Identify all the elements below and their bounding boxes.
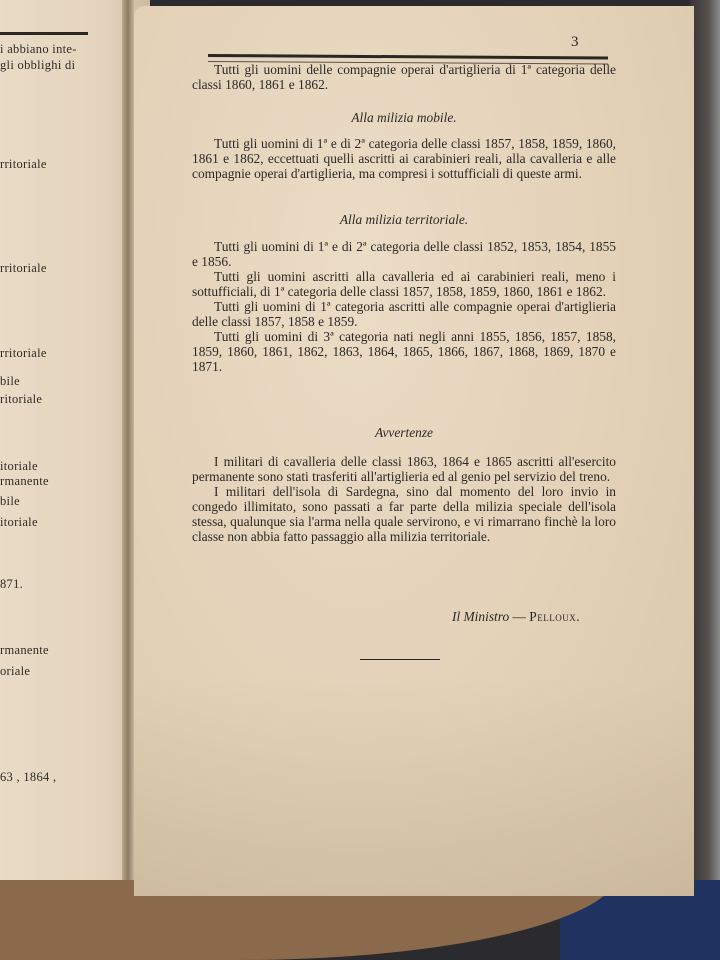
section-heading-avvertenze: Avvertenze: [192, 425, 616, 441]
page-number: 3: [571, 34, 579, 51]
paragraph: I militari dell'isola di Sardegna, sino …: [192, 484, 616, 544]
intro-paragraph-block: Tutti gli uomini delle compagnie operai …: [192, 62, 616, 92]
paragraph: Tutti gli uomini di 1ª categoria ascritt…: [192, 299, 616, 329]
signature-role: Il Ministro: [452, 609, 509, 624]
left-fragment: ritoriale: [0, 392, 42, 407]
left-fragment: rritoriale: [0, 261, 47, 276]
section-avvertenze: I militari di cavalleria delle classi 18…: [192, 454, 616, 544]
section-heading-milizia-territoriale: Alla milizia territoriale.: [192, 212, 616, 228]
paragraph: Tutti gli uomini di 3ª categoria nati ne…: [192, 329, 616, 374]
paragraph: I militari di cavalleria delle classi 18…: [192, 454, 616, 484]
left-header-rule: [0, 32, 88, 35]
intro-paragraph: Tutti gli uomini delle compagnie operai …: [192, 62, 616, 92]
signature-name: Pelloux.: [529, 609, 580, 624]
paragraph: Tutti gli uomini ascritti alla cavalleri…: [192, 269, 616, 299]
background-dark-edge: [690, 0, 720, 900]
left-fragment: i abbiano inte-: [0, 42, 77, 57]
end-rule: [360, 659, 440, 660]
left-fragment: 63 , 1864 ,: [0, 770, 56, 785]
left-fragment: bile: [0, 494, 20, 509]
left-fragment: itoriale: [0, 459, 38, 474]
left-fragment: rritoriale: [0, 157, 47, 172]
left-fragment: oriale: [0, 664, 30, 679]
section-milizia-territoriale: Tutti gli uomini di 1ª e di 2ª categoria…: [192, 239, 616, 374]
section-heading-milizia-mobile: Alla milizia mobile.: [192, 110, 616, 126]
left-fragment: rmanente: [0, 474, 49, 489]
left-fragment: 871.: [0, 577, 23, 592]
left-fragment: rritoriale: [0, 346, 47, 361]
right-page: 3 Tutti gli uomini delle compagnie opera…: [134, 6, 694, 896]
left-fragment: itoriale: [0, 515, 38, 530]
left-fragment: rmanente: [0, 643, 49, 658]
left-fragment: bile: [0, 374, 20, 389]
signature-separator: —: [509, 609, 529, 624]
page-shadow: [134, 676, 694, 896]
section-milizia-mobile: Tutti gli uomini di 1ª e di 2ª categoria…: [192, 136, 616, 181]
paragraph: Tutti gli uomini di 1ª e di 2ª categoria…: [192, 239, 616, 269]
paragraph: Tutti gli uomini di 1ª e di 2ª categoria…: [192, 136, 616, 181]
book-gutter: [122, 0, 134, 880]
left-fragment: gli obblighi di: [0, 58, 75, 73]
signature: Il Ministro — Pelloux.: [452, 609, 580, 625]
